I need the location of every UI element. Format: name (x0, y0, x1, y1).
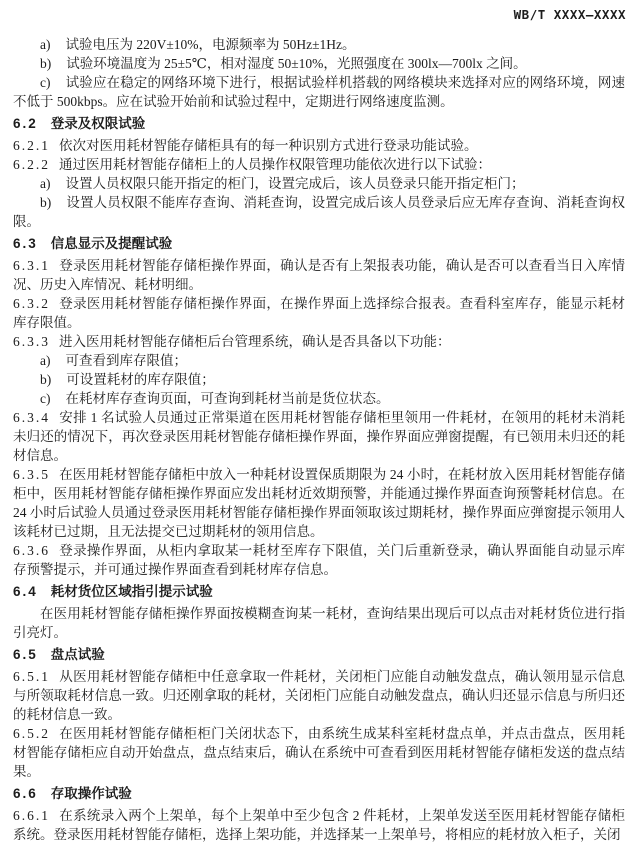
clause-number: 6.3.4 (13, 410, 50, 425)
clause-paragraph: 6.3.1登录医用耗材智能存储柜操作界面，确认是否有上架报表功能，确认是否可以查… (13, 256, 625, 294)
document-page: WB/T XXXX—XXXX a)试验电压为 220V±10%，电源频率为 50… (0, 0, 636, 865)
section-number: 6.2 (13, 116, 38, 131)
section-heading: 6.3信息显示及提醒试验 (13, 234, 625, 253)
section-number: 6.3 (13, 236, 38, 251)
list-item: b)设置人员权限不能库存查询、消耗查询，设置完成后该人员登录后应无库存查询、消耗… (13, 193, 625, 231)
list-item-text: 试验电压为 220V±10%，电源频率为 50Hz±1Hz。 (66, 37, 356, 52)
clause-text: 登录医用耗材智能存储柜操作界面，在操作界面上选择综合报表。查看科室库存，能显示耗… (13, 296, 625, 330)
section-heading: 6.4耗材货位区域指引提示试验 (13, 582, 625, 601)
clause-text: 进入医用耗材智能存储柜后台管理系统，确认是否具备以下功能： (59, 334, 451, 349)
clause-paragraph: 6.2.2通过医用耗材智能存储柜上的人员操作权限管理功能依次进行以下试验： (13, 155, 625, 174)
section-title: 耗材货位区域指引提示试验 (51, 584, 213, 599)
section-heading: 6.2登录及权限试验 (13, 114, 625, 133)
list-item-marker: b) (40, 195, 51, 210)
clause-number: 6.6.1 (13, 808, 50, 823)
section-heading: 6.6存取操作试验 (13, 784, 625, 803)
body-paragraph: 在医用耗材智能存储柜操作界面按模糊查询某一耗材，查询结果出现后可以点击对耗材货位… (13, 604, 625, 642)
list-item-text: 试验环境温度为 25±5℃，相对湿度 50±10%，光照强度在 300lx—70… (66, 56, 526, 71)
clause-number: 6.3.6 (13, 543, 50, 558)
section-heading: 6.5盘点试验 (13, 645, 625, 664)
list-item-text: 试验应在稳定的网络环境下进行，根据试验样机搭载的网络模块来选择对应的网络环境，网… (13, 75, 625, 109)
clause-text: 在医用耗材智能存储柜中放入一种耗材设置保质期限为 24 小时，在耗材放入医用耗材… (13, 467, 625, 539)
clause-paragraph: 6.5.1从医用耗材智能存储柜中任意拿取一件耗材，关闭柜门应能自动触发盘点，确认… (13, 667, 625, 724)
clause-paragraph: 6.3.6登录操作界面，从柜内拿取某一耗材至库存下限值，关门后重新登录，确认界面… (13, 541, 625, 579)
clause-text: 安排 1 名试验人员通过正常渠道在医用耗材智能存储柜里领用一件耗材，在领用的耗材… (13, 410, 625, 463)
clause-number: 6.3.2 (13, 296, 50, 311)
section-title: 登录及权限试验 (51, 116, 146, 131)
clause-number: 6.3.1 (13, 258, 50, 273)
clause-paragraph: 6.3.4安排 1 名试验人员通过正常渠道在医用耗材智能存储柜里领用一件耗材，在… (13, 408, 625, 465)
clause-text: 登录操作界面，从柜内拿取某一耗材至库存下限值，关门后重新登录，确认界面能自动显示… (13, 543, 625, 577)
page-header: WB/T XXXX—XXXX (0, 0, 636, 22)
section-title: 存取操作试验 (51, 786, 132, 801)
list-item: c)在耗材库存查询页面，可查询到耗材当前是货位状态。 (13, 389, 625, 408)
section-number: 6.6 (13, 786, 38, 801)
clause-number: 6.5.2 (13, 726, 50, 741)
clause-text: 在医用耗材智能存储柜柜门关闭状态下，由系统生成某科室耗材盘点单，并点击盘点，医用… (13, 726, 625, 779)
list-item-text: 可设置耗材的库存限值； (66, 372, 215, 387)
clause-paragraph: 6.5.2在医用耗材智能存储柜柜门关闭状态下，由系统生成某科室耗材盘点单，并点击… (13, 724, 625, 781)
clause-paragraph: 6.6.1在系统录入两个上架单，每个上架单中至少包含 2 件耗材，上架单发送至医… (13, 806, 625, 844)
list-item: a)设置人员权限只能开指定的柜门，设置完成后，该人员登录只能开指定柜门； (13, 174, 625, 193)
clause-paragraph: 6.2.1依次对医用耗材智能存储柜具有的每一种识别方式进行登录功能试验。 (13, 136, 625, 155)
clause-number: 6.3.5 (13, 467, 50, 482)
list-item: b)试验环境温度为 25±5℃，相对湿度 50±10%，光照强度在 300lx—… (13, 54, 625, 73)
section-number: 6.5 (13, 647, 38, 662)
list-item: a)可查看到库存限值； (13, 351, 625, 370)
clause-text: 在系统录入两个上架单，每个上架单中至少包含 2 件耗材，上架单发送至医用耗材智能… (13, 808, 625, 842)
list-item-marker: c) (40, 75, 51, 90)
list-item-marker: a) (40, 353, 51, 368)
paragraph-text: 在医用耗材智能存储柜操作界面按模糊查询某一耗材，查询结果出现后可以点击对耗材货位… (13, 606, 625, 640)
clause-text: 登录医用耗材智能存储柜操作界面，确认是否有上架报表功能，确认是否可以查看当日入库… (13, 258, 625, 292)
list-item-text: 设置人员权限只能开指定的柜门，设置完成后，该人员登录只能开指定柜门； (66, 176, 525, 191)
list-item: c)试验应在稳定的网络环境下进行，根据试验样机搭载的网络模块来选择对应的网络环境… (13, 73, 625, 111)
list-item-marker: a) (40, 176, 51, 191)
list-item-marker: c) (40, 391, 51, 406)
clause-paragraph: 6.3.3进入医用耗材智能存储柜后台管理系统，确认是否具备以下功能： (13, 332, 625, 351)
list-item-text: 可查看到库存限值； (66, 353, 188, 368)
list-item-text: 设置人员权限不能库存查询、消耗查询，设置完成后该人员登录后应无库存查询、消耗查询… (13, 195, 625, 229)
clause-number: 6.2.2 (13, 157, 50, 172)
section-title: 盘点试验 (51, 647, 105, 662)
list-item-marker: b) (40, 56, 51, 71)
list-item-text: 在耗材库存查询页面，可查询到耗材当前是货位状态。 (66, 391, 390, 406)
clause-text: 从医用耗材智能存储柜中任意拿取一件耗材，关闭柜门应能自动触发盘点，确认领用显示信… (13, 669, 625, 722)
clause-text: 通过医用耗材智能存储柜上的人员操作权限管理功能依次进行以下试验： (59, 157, 491, 172)
clause-paragraph: 6.3.5在医用耗材智能存储柜中放入一种耗材设置保质期限为 24 小时，在耗材放… (13, 465, 625, 541)
clause-number: 6.2.1 (13, 138, 50, 153)
list-item-marker: a) (40, 37, 51, 52)
clause-number: 6.5.1 (13, 669, 50, 684)
clause-paragraph: 6.3.2登录医用耗材智能存储柜操作界面，在操作界面上选择综合报表。查看科室库存… (13, 294, 625, 332)
clause-text: 依次对医用耗材智能存储柜具有的每一种识别方式进行登录功能试验。 (59, 138, 478, 153)
document-body: a)试验电压为 220V±10%，电源频率为 50Hz±1Hz。b)试验环境温度… (0, 22, 636, 844)
clause-number: 6.3.3 (13, 334, 50, 349)
doc-number: WB/T XXXX—XXXX (514, 7, 626, 22)
list-item: a)试验电压为 220V±10%，电源频率为 50Hz±1Hz。 (13, 35, 625, 54)
section-number: 6.4 (13, 584, 38, 599)
list-item-marker: b) (40, 372, 51, 387)
section-title: 信息显示及提醒试验 (51, 236, 173, 251)
list-item: b)可设置耗材的库存限值； (13, 370, 625, 389)
